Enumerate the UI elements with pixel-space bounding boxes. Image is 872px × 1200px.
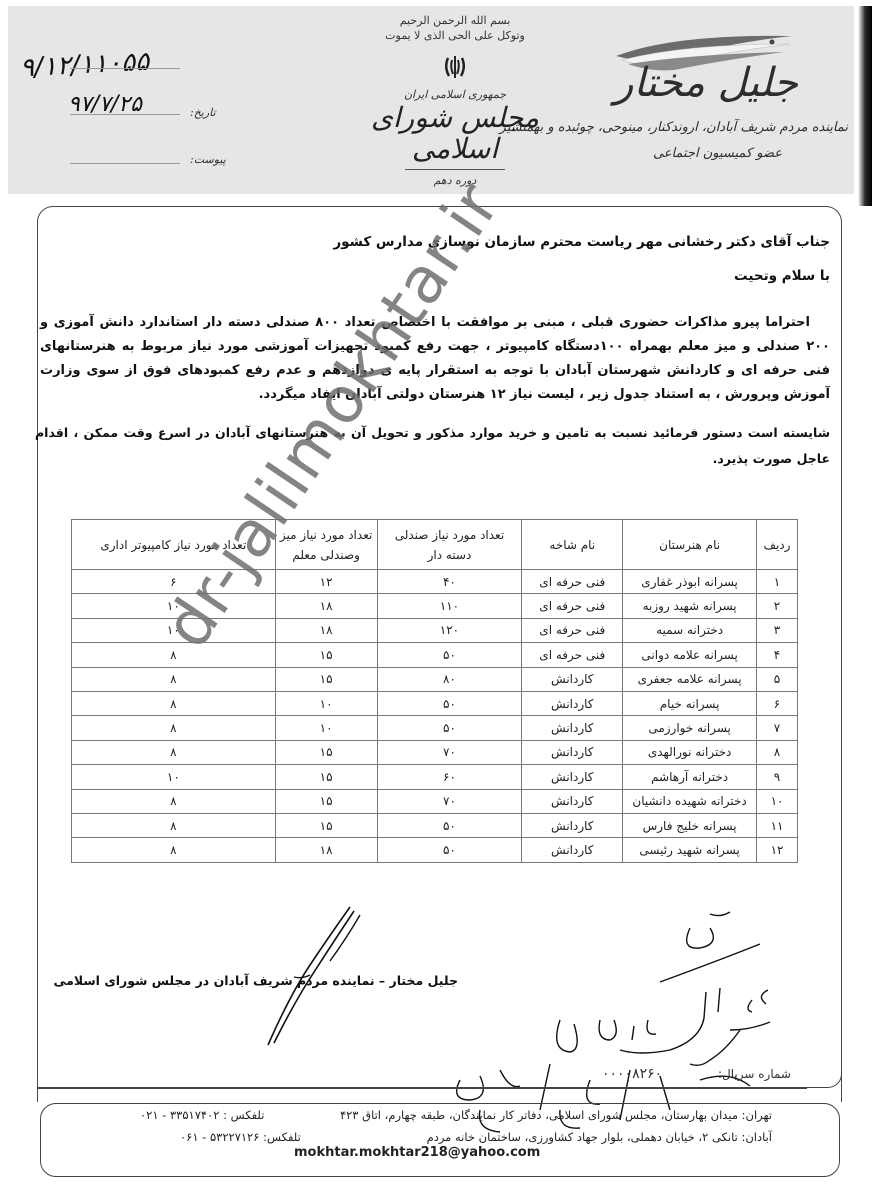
cell-computers: ۸	[72, 740, 276, 764]
parliament-title: مجلس شورای اسلامی	[340, 103, 570, 165]
table-row: ۱۲ پسرانه شهید رئیسی کاردانش ۵۰ ۱۸ ۸	[72, 838, 798, 862]
cell-row-number: ۳	[757, 618, 798, 642]
cell-branch: کاردانش	[522, 838, 623, 862]
cell-school: پسرانه شهید روزبه	[623, 594, 757, 618]
cell-chairs: ۵۰	[377, 838, 522, 862]
cell-desks: ۱۵	[275, 765, 377, 789]
cell-school: پسرانه ابوذر غفاری	[623, 570, 757, 594]
cell-branch: فنی حرفه ای	[522, 643, 623, 667]
date-label: تاریخ:	[190, 106, 216, 119]
cell-branch: کاردانش	[522, 813, 623, 837]
table-header-row: ردیف نام هنرستان نام شاخه تعداد مورد نیا…	[72, 520, 798, 570]
cell-branch: فنی حرفه ای	[522, 618, 623, 642]
cell-chairs: ۱۱۰	[377, 594, 522, 618]
table-row: ۲ پسرانه شهید روزبه فنی حرفه ای ۱۱۰ ۱۸ ۱…	[72, 594, 798, 618]
cell-desks: ۱۸	[275, 618, 377, 642]
table-row: ۹ دخترانه آرهاشم کاردانش ۶۰ ۱۵ ۱۰	[72, 765, 798, 789]
tehran-address: تهران: میدان بهارستان، مجلس شورای اسلامی…	[340, 1108, 772, 1122]
table-row: ۴ پسرانه علامه دوانی فنی حرفه ای ۵۰ ۱۵ ۸	[72, 643, 798, 667]
table-row: ۱ پسرانه ابوذر غفاری فنی حرفه ای ۴۰ ۱۲ ۶	[72, 570, 798, 594]
cell-computers: ۱۰	[72, 594, 276, 618]
ornament-divider	[405, 169, 505, 170]
cell-row-number: ۱۱	[757, 813, 798, 837]
cell-school: پسرانه علامه جعفری	[623, 667, 757, 691]
cell-computers: ۱۰	[72, 765, 276, 789]
cell-desks: ۱۵	[275, 643, 377, 667]
representative-name: جلیل مختار	[614, 60, 798, 106]
bismillah: بسم الله الرحمن الرحیم	[340, 14, 570, 27]
cell-desks: ۱۸	[275, 594, 377, 618]
cell-chairs: ۵۰	[377, 691, 522, 715]
cell-branch: فنی حرفه ای	[522, 570, 623, 594]
cell-row-number: ۷	[757, 716, 798, 740]
cell-desks: ۱۵	[275, 667, 377, 691]
cell-chairs: ۸۰	[377, 667, 522, 691]
cell-desks: ۱۵	[275, 789, 377, 813]
cell-row-number: ۵	[757, 667, 798, 691]
cell-computers: ۸	[72, 838, 276, 862]
cell-computers: ۸	[72, 716, 276, 740]
iran-emblem-icon	[442, 54, 468, 80]
cell-branch: کاردانش	[522, 716, 623, 740]
number-line	[70, 68, 180, 69]
cell-branch: کاردانش	[522, 765, 623, 789]
paragraph-conclusion: شایسته است دستور فرمائید نسبت به تامین و…	[35, 420, 830, 472]
paragraph-request: احتراما پیرو مذاکرات حضوری قبلی ، مبنی ب…	[40, 311, 830, 407]
cell-desks: ۱۵	[275, 813, 377, 837]
cell-school: دخترانه نورالهدی	[623, 740, 757, 764]
parliament-term: دوره دهم	[340, 174, 570, 187]
cell-desks: ۱۵	[275, 740, 377, 764]
cell-computers: ۱۰	[72, 618, 276, 642]
signature-scribble	[250, 905, 380, 1050]
cell-branch: فنی حرفه ای	[522, 594, 623, 618]
cell-computers: ۸	[72, 789, 276, 813]
table-row: ۷ پسرانه خوارزمی کاردانش ۵۰ ۱۰ ۸	[72, 716, 798, 740]
cell-chairs: ۵۰	[377, 813, 522, 837]
cell-chairs: ۷۰	[377, 740, 522, 764]
cell-branch: کاردانش	[522, 740, 623, 764]
cell-row-number: ۹	[757, 765, 798, 789]
tehran-fax: تلفکس : ۳۳۵۱۷۴۰۲ - ۰۲۱	[140, 1108, 264, 1122]
committee-membership: عضو کمیسیون اجتماعی	[653, 146, 782, 161]
cell-chairs: ۷۰	[377, 789, 522, 813]
header-teacher-desks: تعداد مورد نیاز میز وصندلی معلم	[275, 520, 377, 570]
header-branch-name: نام شاخه	[522, 520, 623, 570]
table-row: ۱۱ پسرانه خلیج فارس کاردانش ۵۰ ۱۵ ۸	[72, 813, 798, 837]
addressee: جناب آقای دکتر رخشانی مهر ریاست محترم سا…	[333, 234, 830, 250]
republic-title: جمهوری اسلامی ایران	[340, 88, 570, 101]
cell-row-number: ۴	[757, 643, 798, 667]
cell-chairs: ۱۲۰	[377, 618, 522, 642]
cell-row-number: ۱۲	[757, 838, 798, 862]
date-line	[70, 114, 180, 115]
cell-school: پسرانه خیام	[623, 691, 757, 715]
cell-computers: ۸	[72, 813, 276, 837]
cell-computers: ۸	[72, 667, 276, 691]
table-row: ۵ پسرانه علامه جعفری کاردانش ۸۰ ۱۵ ۸	[72, 667, 798, 691]
cell-school: پسرانه شهید رئیسی	[623, 838, 757, 862]
cell-row-number: ۱۰	[757, 789, 798, 813]
cell-school: دخترانه شهیده دانشیان	[623, 789, 757, 813]
cell-school: پسرانه خلیج فارس	[623, 813, 757, 837]
cell-branch: کاردانش	[522, 667, 623, 691]
cell-school: دخترانه آرهاشم	[623, 765, 757, 789]
cell-desks: ۱۲	[275, 570, 377, 594]
serial-label: شماره سریال:	[718, 1067, 791, 1081]
cell-row-number: ۱	[757, 570, 798, 594]
cell-computers: ۸	[72, 691, 276, 715]
cell-row-number: ۸	[757, 740, 798, 764]
cell-desks: ۱۰	[275, 691, 377, 715]
abadan-address: آبادان: تانکی ۲، خیابان دهملی، بلوار جها…	[427, 1130, 772, 1144]
header-chairs: تعداد مورد نیاز صندلی دسته دار	[377, 520, 522, 570]
cell-chairs: ۵۰	[377, 716, 522, 740]
needs-table: ردیف نام هنرستان نام شاخه تعداد مورد نیا…	[71, 519, 798, 863]
cell-row-number: ۶	[757, 691, 798, 715]
cell-computers: ۶	[72, 570, 276, 594]
cell-branch: کاردانش	[522, 789, 623, 813]
cell-school: پسرانه خوارزمی	[623, 716, 757, 740]
cell-school: دخترانه سمیه	[623, 618, 757, 642]
greeting: با سلام وتحیت	[734, 268, 830, 284]
contact-email[interactable]: mokhtar.mokhtar218@yahoo.com	[294, 1145, 540, 1160]
cell-computers: ۸	[72, 643, 276, 667]
header-row-number: ردیف	[757, 520, 798, 570]
scan-edge	[858, 6, 872, 206]
cell-chairs: ۶۰	[377, 765, 522, 789]
tavakkol-verse: وتوکل علی الحی الذی لا یموت	[340, 29, 570, 42]
serial-divider	[37, 1087, 807, 1089]
table-row: ۸ دخترانه نورالهدی کاردانش ۷۰ ۱۵ ۸	[72, 740, 798, 764]
cell-desks: ۱۰	[275, 716, 377, 740]
attachment-line	[70, 163, 180, 164]
table-row: ۱۰ دخترانه شهیده دانشیان کاردانش ۷۰ ۱۵ ۸	[72, 789, 798, 813]
header-computers: تعداد مورد نیاز کامپیوتر اداری	[72, 520, 276, 570]
serial-number: ۰۰۰۰۸۲۶۰	[602, 1066, 662, 1082]
header-school-name: نام هنرستان	[623, 520, 757, 570]
attachment-label: پیوست:	[190, 153, 226, 166]
parliament-emblem-block: بسم الله الرحمن الرحیم وتوکل علی الحی ال…	[340, 14, 570, 187]
cell-desks: ۱۸	[275, 838, 377, 862]
cell-row-number: ۲	[757, 594, 798, 618]
cell-chairs: ۴۰	[377, 570, 522, 594]
table-row: ۳ دخترانه سمیه فنی حرفه ای ۱۲۰ ۱۸ ۱۰	[72, 618, 798, 642]
cell-branch: کاردانش	[522, 691, 623, 715]
cell-school: پسرانه علامه دوانی	[623, 643, 757, 667]
table-row: ۶ پسرانه خیام کاردانش ۵۰ ۱۰ ۸	[72, 691, 798, 715]
cell-chairs: ۵۰	[377, 643, 522, 667]
abadan-fax: تلفکس: ۵۳۲۲۷۱۲۶ - ۰۶۱	[180, 1130, 301, 1144]
